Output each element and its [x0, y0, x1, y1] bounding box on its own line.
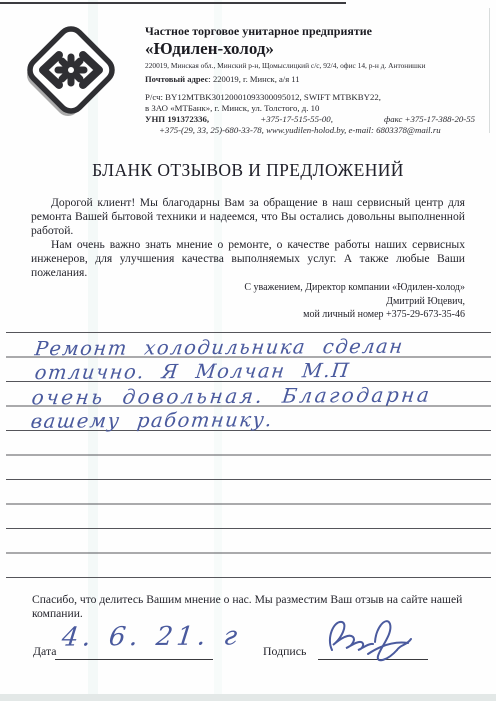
fax-number: факс +375-17-388-20-55 [384, 114, 475, 125]
company-logo-icon [12, 18, 130, 126]
unp-number: УНП 191372336, [145, 114, 209, 125]
handwritten-review-line: отлично. Я Молчан М.П [34, 359, 352, 384]
handwritten-signature [318, 612, 430, 664]
phone-number: +375-17-515-55-00, [260, 114, 333, 125]
handwritten-review-line: вашему работнику. [30, 408, 275, 433]
bank-account: Р/сч: BY12MTBK30120001093300095012, SWIF… [145, 92, 491, 103]
handwritten-date: 4. 6. 21. г [60, 621, 243, 652]
director-phone: мой личный номер +375-29-673-35-46 [165, 308, 465, 322]
postal-value: : 220019, г. Минск, а/я 11 [208, 74, 299, 84]
company-name: «Юдилен-холод» [145, 39, 491, 58]
letterhead: Частное торговое унитарное предприятие «… [145, 24, 491, 136]
page-title: БЛАНК ОТЗЫВОВ И ПРЕДЛОЖЕНИЙ [0, 160, 496, 181]
date-label: Дата [33, 644, 57, 659]
unp-phone-fax-row: УНП 191372336, +375-17-515-55-00, факс +… [145, 114, 475, 125]
bank-name: в ЗАО «МТБанк», г. Минск, ул. Толстого, … [145, 103, 491, 114]
handwritten-review-line: очень довольная. Благодарна [30, 383, 432, 410]
director-name: Дмитрий Юцевич, [165, 295, 465, 309]
handwritten-review-line: Ремонт холодильника сделан [34, 335, 406, 361]
postal-address: Почтовый адрес: 220019, г. Минск, а/я 11 [145, 74, 491, 84]
intro-paragraph: Дорогой клиент! Мы благодарны Вам за обр… [31, 196, 465, 238]
scan-edge-top [0, 2, 346, 4]
signoff-line: С уважением, Директор компании «Юдилен-х… [165, 281, 465, 295]
date-field-line [55, 659, 213, 660]
signature-label: Подпись [263, 644, 306, 659]
company-address: 220019, Минская обл., Минский р-н, Щомыс… [145, 61, 491, 70]
scan-edge-bottom [0, 694, 496, 701]
scanned-feedback-form: Частное торговое унитарное предприятие «… [0, 0, 496, 701]
org-type: Частное торговое унитарное предприятие [145, 24, 491, 38]
purpose-paragraph: Нам очень важно знать мнение о ремонте, … [31, 238, 465, 280]
director-signoff: С уважением, Директор компании «Юдилен-х… [165, 281, 465, 322]
postal-label: Почтовый адрес [145, 74, 208, 84]
contacts-line: +375-(29, 33, 25)-680-33-78, www.yudilen… [159, 125, 491, 136]
